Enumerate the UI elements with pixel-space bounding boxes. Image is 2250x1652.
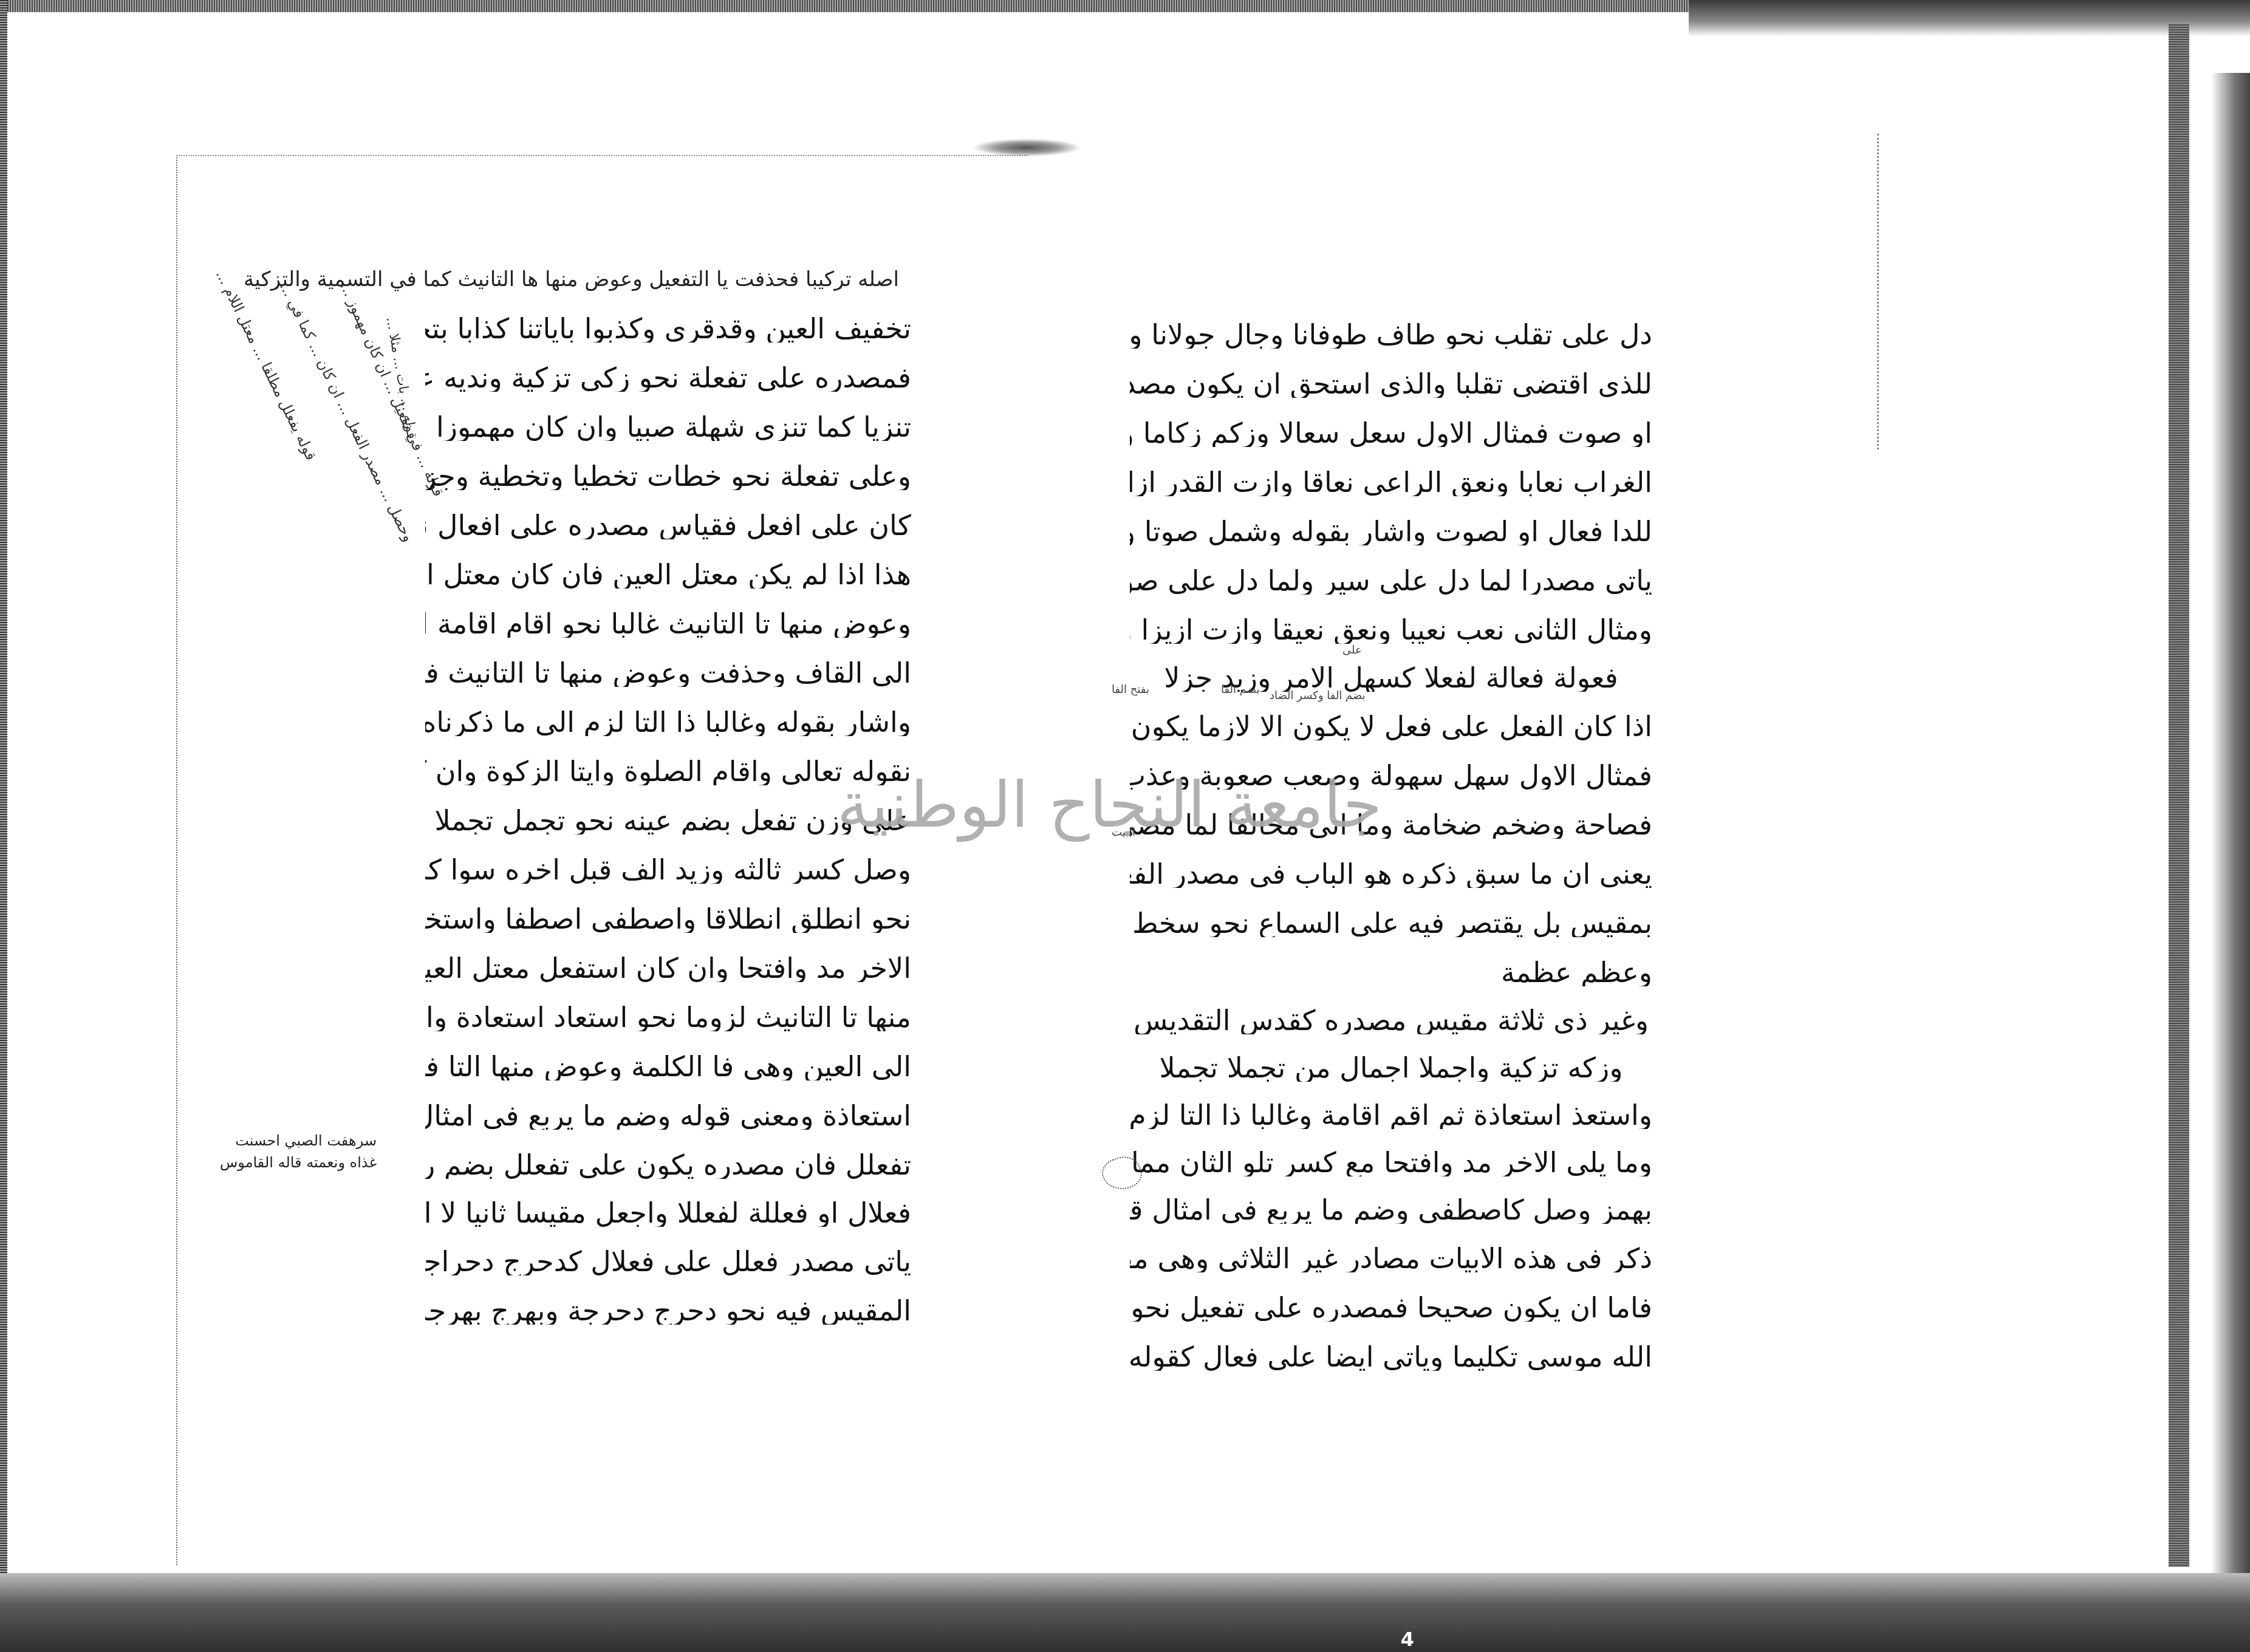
text-line: ياتي مصدرا لما دل على سير ولما دل على صو…: [1130, 567, 1652, 595]
text-line: تنزيا كما تنزي شهلة صبيا وان كان مهموزا …: [425, 413, 911, 441]
scan-bottom-border: [0, 1573, 2250, 1652]
text-line: ذكر في هذه الابيات مصادر غير الثلاثي وهي…: [1130, 1244, 1652, 1272]
text-line: فمصدره على تفعلة نحو زكي تزكية ونديه على…: [425, 364, 911, 392]
interline-gloss: بضم الفا وكسر الضاد: [1270, 689, 1366, 702]
text-line: للدا فعال او لصوت واشار بقوله وشمل صوتا …: [1130, 517, 1652, 545]
text-line: منها تا التانيث لزوما نحو استعاد استعادة…: [425, 1003, 911, 1031]
page-number: 4: [1398, 1628, 1417, 1652]
text-line: اذا كان الفعل على فعل لا يكون الا لازما …: [1130, 712, 1652, 740]
bottom-margin-note: سرهفت الصبي احسنت غذاه ونعمته قاله القام…: [219, 1130, 377, 1173]
text-line: فاما ان يكون صحيحا فمصدره على تفعيل نحو …: [1130, 1294, 1652, 1322]
text-line: وعلى تفعلة نحو خطات تخطيا وتخطية وجزات ت…: [425, 462, 911, 490]
university-watermark: جامعة النجاح الوطنية: [932, 759, 1382, 850]
verse-line: وزكه تزكية واجملا اجمال من تجملا تجملا: [1160, 1054, 1623, 1082]
verse-line: فعلال او فعللة لفعللا واجعل مقيسا ثانيا …: [425, 1199, 911, 1227]
text-line: الاخر مد وافتحا وان كان استفعل معتل العي…: [425, 954, 911, 982]
text-line: كان على افعل فقياس مصدره على افعال نحو ا…: [425, 511, 911, 539]
left-page-header-note: اصله تركيبا فحذفت يا التفعيل وعوض منها ه…: [328, 267, 899, 292]
interline-gloss: على: [1342, 644, 1362, 657]
text-line: المقيس فيه نحو دحرج دحرجة وبهرج بهرجة وس…: [425, 1297, 911, 1325]
book-edge-right: [2169, 24, 2189, 1567]
text-line: نحو انطلق انطلاقا واصطفى اصطفا واستخرج ا…: [425, 905, 911, 933]
text-line: بمقيس بل يقتصر فيه على السماع نحو سخط سخ…: [1130, 909, 1652, 937]
verse-line: وغير ذي ثلاثة مقيس مصدره كقدس التقديس: [1134, 1006, 1649, 1034]
text-line: الى العين وهي فا الكلمة وعوض منها التا ف…: [425, 1053, 911, 1080]
scan-top-right-shadow: [1689, 0, 2250, 36]
text-line: استعاذة ومعنى قوله وضم ما يربع في امثال …: [425, 1102, 911, 1130]
text-line: دل على تقلب نحو طاف طوفانا وجال جولانا و…: [1130, 321, 1652, 349]
text-line: تفعلل فان مصدره يكون على تفعلل بضم رابعه…: [425, 1151, 911, 1179]
text-line: او صوت فمثال الاول سعل سعالا وزكم زكاما …: [1130, 419, 1652, 447]
bottom-note-line: غذاه ونعمته قاله القاموس: [219, 1152, 377, 1173]
text-line: الى القاف وحذفت وعوض منها تا التانيث فصا…: [425, 659, 911, 687]
text-line: تخفيف العين وقدقري وكذبوا باياتنا كذابا …: [425, 315, 911, 343]
verse-line: واستعذ استعاذة ثم اقم اقامة وغالبا ذا ال…: [1130, 1101, 1652, 1129]
text-line: واشار بقوله وغالبا ذا التا لزم الى ما ذك…: [425, 708, 911, 736]
text-line: هذا اذا لم يكن معتل العين فان كان معتل ا…: [425, 561, 911, 589]
verse-line: وما يلي الاخر مد وافتحا مع كسر تلو الثان…: [1130, 1149, 1652, 1176]
text-line: وصل كسر ثالثه وزيد الف قبل اخره سوا كان …: [425, 856, 911, 884]
text-line: الغراب نعابا ونعق الراعي نعاقا وازت القد…: [1130, 468, 1652, 496]
interline-gloss: بفتح الفا: [1112, 683, 1149, 696]
right-page-fold-line: [1877, 134, 1903, 449]
text-line: وعظم عظمة: [1501, 958, 1652, 986]
text-line: وعوض منها تا التانيث غالبا نحو اقام اقام…: [425, 610, 911, 638]
bottom-note-line: سرهفت الصبي احسنت: [219, 1130, 377, 1152]
text-line: الله موسى تكليما وياتي ايضا على فعال كقو…: [1130, 1343, 1652, 1371]
text-line: يعني ان ما سبق ذكره هو الباب في مصدر الف…: [1130, 860, 1652, 888]
scan-right-shadow: [2211, 73, 2250, 1652]
text-line: للذي اقتضى تقلبا والذي استحق ان يكون مصد…: [1130, 370, 1652, 398]
scan-left-border: [0, 0, 7, 1652]
interline-gloss: بضم الفا: [1221, 683, 1259, 696]
text-line: ياتي مصدر فعلل على فعلال كدحرج دحراجا وس…: [425, 1248, 911, 1275]
verse-line: بهمز وصل كاصطفى وضم ما يربع في امثال قد …: [1130, 1196, 1652, 1224]
paper-tear-mark: [972, 138, 1081, 157]
text-line: ومثال الثاني نعب نعيبا ونعق نعيقا وازت ا…: [1130, 616, 1652, 644]
